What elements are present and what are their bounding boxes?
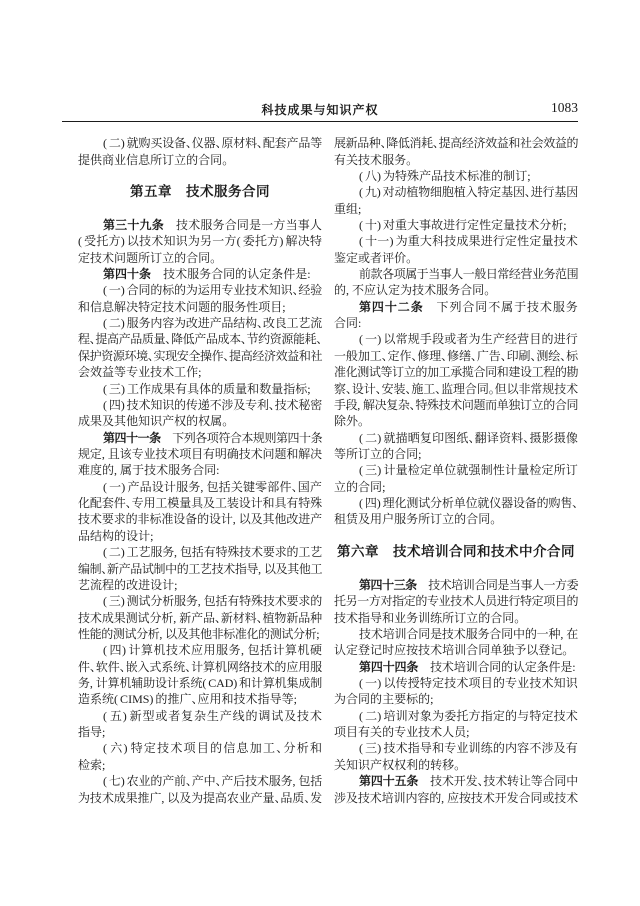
text-column-right: 展新品种、降低消耗、提高经济效益和社会效益的有关技术服务。(八)为特殊产品技术标… [334, 135, 578, 806]
text-line: (二)就描晒复印图纸、翻译资料、摄影摄像 [334, 429, 578, 445]
text-line: 有关技术服务。 [334, 151, 578, 167]
text-line: (九)对动植物细胞植入特定基因、进行基因 [334, 184, 578, 200]
text-line: 技术培训合同是技术服务合同中的一种,在 [334, 626, 578, 642]
text-line: 为技术成果推广,以及为提高农业产量、品质、发 [78, 789, 322, 805]
text-line: 技术成果测试分析,新产品、新材料、植物新品种 [78, 609, 322, 625]
text-line: 务,计算机辅助设计系统(CAD)和计算机集成制 [78, 675, 322, 691]
text-line: 技术指导和业务训练所订立的合同。 [334, 609, 578, 625]
text-line: 艺流程的改进设计; [78, 577, 322, 593]
text-line: 性能的测试分析,以及其他非标准化的测试分析; [78, 626, 322, 642]
text-line: (十一)为重大科技成果进行定性定量技术 [334, 233, 578, 249]
text-line: 和信息解决特定技术问题的服务性项目; [78, 299, 322, 315]
text-line: 品结构的设计; [78, 528, 322, 544]
blank-line [78, 200, 322, 216]
text-line: 成果及其他知识产权的权属。 [78, 413, 322, 429]
text-line: 的,不应认定为技术服务合同。 [334, 282, 578, 298]
text-line: 前款各项属于当事人一般日常经营业务范围 [334, 266, 578, 282]
text-line: (三)技术指导和专业训练的内容不涉及有 [334, 740, 578, 756]
text-line: 察、设计、安装、施工、监理合同。但以非常规技术 [334, 380, 578, 396]
text-line: (五)新型或者复杂生产线的调试及技术 [78, 708, 322, 724]
text-line: (一)以常规手段或者为生产经营目的进行 [334, 331, 578, 347]
text-line: 第四十三条 技术培训合同是当事人一方委 [334, 577, 578, 593]
text-line: 第三十九条 技术服务合同是一方当事人 [78, 217, 322, 233]
header-rule [62, 121, 578, 122]
text-line: (一)以传授特定技术项目的专业技术知识 [334, 675, 578, 691]
blank-line [334, 528, 578, 544]
text-line: 第四十二条 下列合同不属于技术服务 [334, 299, 578, 315]
text-line: (三)测试分析服务,包括有特殊技术要求的 [78, 593, 322, 609]
text-line: (六)特定技术项目的信息加工、分析和 [78, 740, 322, 756]
text-line: (二)就购买设备、仪器、原材料、配套产品等 [78, 135, 322, 151]
text-line: 化配套件、专用工模量具及工装设计和具有特殊 [78, 495, 322, 511]
text-line: 租赁及用户服务所订立的合同。 [334, 511, 578, 527]
text-line: (三)工作成果有具体的质量和数量指标; [78, 380, 322, 396]
text-line: (二)工艺服务,包括有特殊技术要求的工艺 [78, 544, 322, 560]
text-line: (三)计量检定单位就强制性计量检定所订 [334, 462, 578, 478]
text-column-left: (二)就购买设备、仪器、原材料、配套产品等提供商业信息所订立的合同。第五章 技术… [78, 135, 322, 806]
text-line: 第四十条 技术服务合同的认定条件是: [78, 266, 322, 282]
text-line: (受托方)以技术知识为另一方(委托方)解决特 [78, 233, 322, 249]
text-line: (四)计算机技术应用服务,包括计算机硬 [78, 642, 322, 658]
text-line: 鉴定或者评价。 [334, 250, 578, 266]
text-line: 定技术问题所订立的合同。 [78, 250, 322, 266]
text-line: 等所订立的合同; [334, 446, 578, 462]
text-line: 件、软件、嵌入式系统、计算机网络技术的应用服 [78, 659, 322, 675]
text-line: 提供商业信息所订立的合同。 [78, 151, 322, 167]
text-line: (四)技术知识的传递不涉及专利、技术秘密 [78, 397, 322, 413]
text-line: 编制、新产品试制中的工艺技术指导,以及其他工 [78, 560, 322, 576]
text-line: 准化测试等订立的加工承揽合同和建设工程的勘 [334, 364, 578, 380]
text-line: 项目有关的专业技术人员; [334, 724, 578, 740]
text-line: 程、提高产品质量、降低产品成本、节约资源能耗、 [78, 331, 322, 347]
chapter-heading: 第六章 技术培训合同和技术中介合同 [334, 544, 578, 560]
text-line: 第四十四条 技术培训合同的认定条件是: [334, 659, 578, 675]
text-line: 难度的,属于技术服务合同: [78, 462, 322, 478]
text-line: 重组; [334, 200, 578, 216]
text-line: 涉及技术培训内容的,应按技术开发合同或技术 [334, 789, 578, 805]
text-line: 造系统(CIMS)的推广、应用和技术指导等; [78, 691, 322, 707]
text-line: 一般加工、定作、修理、修缮、广告、印刷、测绘、标 [334, 348, 578, 364]
text-line: (二)服务内容为改进产品结构、改良工艺流 [78, 315, 322, 331]
text-line: 合同: [334, 315, 578, 331]
text-line: (七)农业的产前、产中、产后技术服务,包括 [78, 773, 322, 789]
text-line: 检索; [78, 757, 322, 773]
text-line: 托另一方对指定的专业技术人员进行特定项目的 [334, 593, 578, 609]
blank-line [334, 560, 578, 576]
text-line: (八)为特殊产品技术标准的制订; [334, 168, 578, 184]
text-line: 第四十五条 技术开发、技术转让等合同中 [334, 773, 578, 789]
blank-line [78, 168, 322, 184]
text-line: 认定登记时应按技术培训合同单独予以登记。 [334, 642, 578, 658]
page-number: 1083 [458, 100, 578, 116]
text-line: (十)对重大事故进行定性定量技术分析; [334, 217, 578, 233]
text-line: 保护资源环境、实现安全操作、提高经济效益和社 [78, 348, 322, 364]
text-line: (二)培训对象为委托方指定的与特定技术 [334, 708, 578, 724]
text-line: 展新品种、降低消耗、提高经济效益和社会效益的 [334, 135, 578, 151]
text-line: (一)合同的标的为运用专业技术知识、经验 [78, 282, 322, 298]
text-line: (四)理化测试分析单位就仪器设备的购售、 [334, 495, 578, 511]
text-line: 规定,且该专业技术项目有明确技术问题和解决 [78, 446, 322, 462]
text-line: 除外。 [334, 413, 578, 429]
text-line: 会效益等专业技术工作; [78, 364, 322, 380]
text-line: 技术要求的非标准设备的设计,以及其他改进产 [78, 511, 322, 527]
document-page: { "header": { "title": "科技成果与知识产权", "pag… [0, 0, 640, 906]
text-line: 第四十一条 下列各项符合本规则第四十条 [78, 429, 322, 445]
text-line: 为合同的主要标的; [334, 691, 578, 707]
text-line: 指导; [78, 724, 322, 740]
text-line: 关知识产权权利的转移。 [334, 757, 578, 773]
text-line: 手段,解决复杂、特殊技术问题而单独订立的合同 [334, 397, 578, 413]
text-line: 立的合同; [334, 479, 578, 495]
chapter-heading: 第五章 技术服务合同 [78, 184, 322, 200]
text-line: (一)产品设计服务,包括关键零部件、国产 [78, 479, 322, 495]
